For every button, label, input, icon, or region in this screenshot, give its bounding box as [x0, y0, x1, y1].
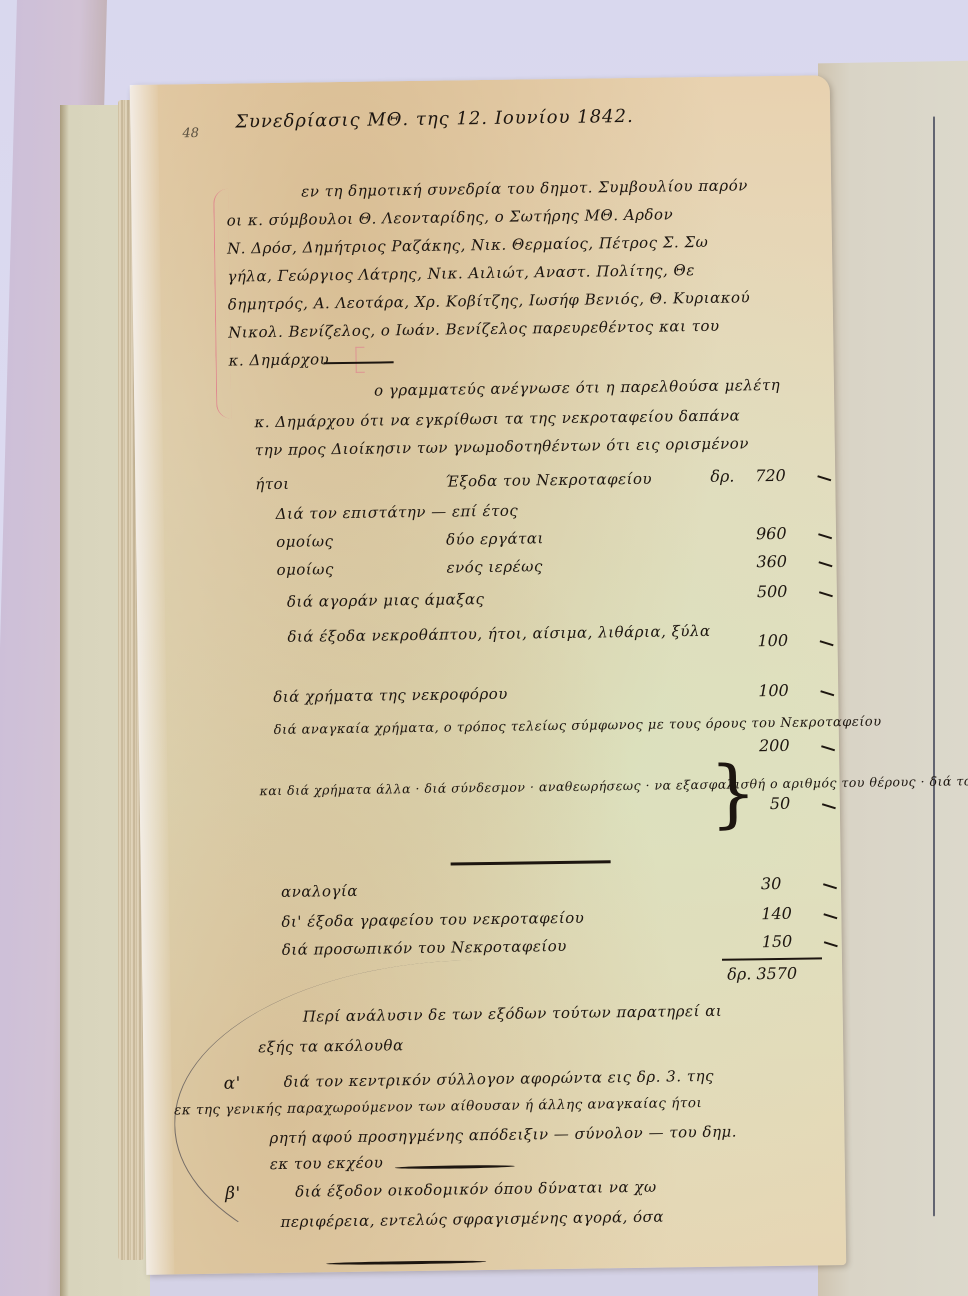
- intro-line: εν τη δημοτική συνεδρία του δημοτ. Συμβο…: [301, 176, 748, 200]
- account-amount: 50: [770, 794, 791, 813]
- account-label: διά χρήματα της νεκροφόρου: [273, 685, 508, 706]
- account-amount: 360: [756, 552, 787, 571]
- point-marker: β': [225, 1184, 241, 1204]
- point-marker: α': [224, 1073, 241, 1093]
- paragraph-line: κ. Δημάρχου ότι να εγκρίθωσι τα της νεκρ…: [254, 406, 740, 431]
- account-label: διά αναγκαία χρήματα, ο τρόπος τελείως σ…: [274, 715, 882, 738]
- intro-line: κ. Δημάρχου: [228, 350, 329, 369]
- account-total: δρ. 3570: [727, 964, 797, 984]
- intro-line: οι κ. σύμβουλοι Θ. Λεονταρίδης, ο Σωτήρη…: [227, 205, 674, 229]
- amount-dash: [820, 640, 834, 646]
- amount-dash: [823, 883, 837, 889]
- red-margin-mark: [355, 347, 364, 373]
- closing-line: εξής τα ακόλουθα: [258, 1036, 404, 1056]
- point-line: εκ του εκχέου: [270, 1154, 384, 1174]
- underline: [451, 860, 611, 865]
- folio-number: 48: [182, 126, 199, 141]
- account-amount: 100: [758, 681, 789, 700]
- account-amount: 140: [761, 904, 792, 923]
- account-title: Έξοδα του Νεκροταφείου: [445, 470, 652, 491]
- intro-line: γήλα, Γεώργιος Λάτρης, Νικ. Αιλιώτ, Ανασ…: [227, 261, 695, 286]
- account-label: ενός ιερέως: [446, 557, 543, 576]
- account-label: Διά τον επιστάτην — επί έτος: [276, 502, 519, 523]
- pencil-margin-line: [933, 116, 935, 1216]
- account-prefix: ήτοι: [255, 475, 289, 493]
- currency-label: δρ.: [710, 467, 734, 486]
- amount-dash: [823, 913, 837, 919]
- account-amount: 500: [757, 582, 788, 601]
- account-amount: 720: [755, 466, 786, 485]
- brace-mark: }: [709, 756, 757, 831]
- account-amount: 960: [756, 524, 787, 543]
- account-prefix: ομοίως: [276, 532, 334, 551]
- amount-dash: [824, 941, 838, 947]
- amount-dash: [817, 475, 831, 481]
- intro-line: Ν. Δρόσ, Δημήτριος Ραζάκης, Νικ. Θερμαίο…: [227, 233, 709, 258]
- account-label: διά έξοδα νεκροθάπτου, ήτοι, αίσιμα, λιθ…: [287, 622, 710, 646]
- paragraph-line: την προς Διοίκησιν των γνωμοδοτηθέντων ό…: [255, 434, 749, 459]
- manuscript-page: 48 Συνεδρίασις ΜΘ. της 12. Ιουνίου 1842.…: [130, 75, 847, 1275]
- amount-dash: [821, 745, 835, 751]
- account-label: διά προσωπικόν του Νεκροταφείου: [282, 937, 567, 959]
- account-label: αναλογία: [281, 882, 358, 901]
- amount-dash: [822, 803, 836, 809]
- account-label: δι' έξοδα γραφείου του νεκροταφείου: [281, 909, 584, 931]
- amount-dash: [820, 690, 834, 696]
- amount-dash: [819, 561, 833, 567]
- paragraph-line: ο γραμματεύς ανέγνωσε ότι η παρελθούσα μ…: [374, 376, 780, 400]
- account-amount: 150: [762, 932, 793, 951]
- account-prefix: ομοίως: [276, 560, 334, 579]
- account-amount: 200: [759, 736, 790, 755]
- account-amount: 100: [757, 631, 788, 650]
- page-heading: Συνεδρίασις ΜΘ. της 12. Ιουνίου 1842.: [235, 106, 634, 133]
- account-label: δύο εργάται: [446, 529, 544, 548]
- account-label: διά αγοράν μιας άμαξας: [287, 590, 485, 611]
- amount-dash: [819, 591, 833, 597]
- intro-line: Νικολ. Βενίζελος, ο Ιωάν. Βενίζελος παρε…: [228, 317, 720, 342]
- intro-line: δημητρός, Α. Λεοτάρα, Χρ. Κοβίτζης, Ιωσή…: [228, 288, 751, 313]
- account-amount: 30: [761, 874, 782, 893]
- amount-dash: [818, 533, 832, 539]
